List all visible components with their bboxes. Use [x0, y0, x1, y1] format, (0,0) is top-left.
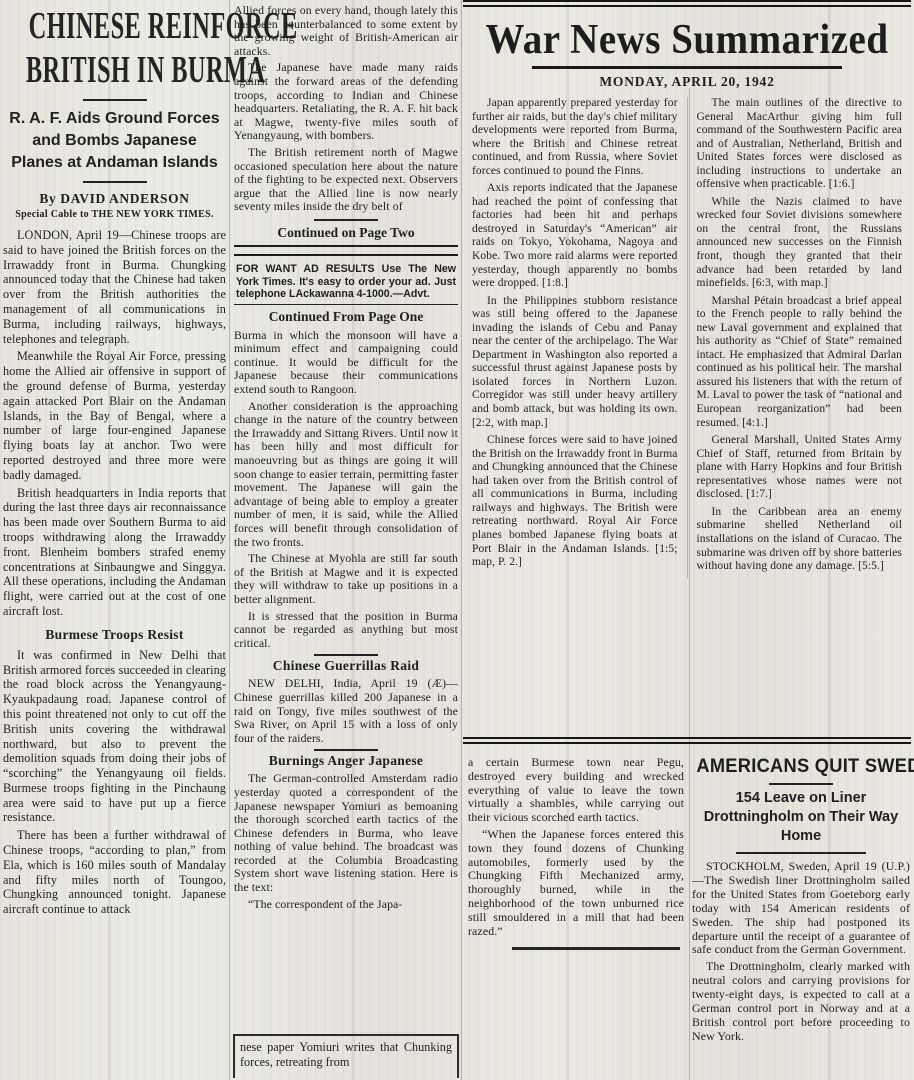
continuation-fragment-box: nese paper Yomiuri writes that Chunking …: [233, 1034, 459, 1078]
divider: [83, 99, 147, 101]
summary-paragraph: Marshal Pétain broadcast a brief appeal …: [697, 295, 903, 430]
credit-line: Special Cable to THE NEW YORK TIMES.: [3, 209, 226, 220]
summary-paragraph: While the Nazis claimed to have wrecked …: [697, 196, 903, 291]
column-rule: [229, 0, 230, 1080]
divider: [314, 749, 378, 751]
war-news-summarized-box: War News Summarized MONDAY, APRIL 20, 19…: [463, 0, 911, 744]
end-rule: [512, 947, 680, 950]
headline-line-2: BRITISH IN BURMA: [26, 41, 266, 99]
divider: [83, 181, 147, 183]
double-rule: [234, 245, 458, 256]
article-headline: CHINESE REINFORCE BRITISH IN BURMA: [3, 4, 226, 92]
divider: [769, 783, 833, 785]
summary-paragraph: Chinese forces were said to have joined …: [472, 434, 678, 569]
divider: [314, 219, 378, 221]
divider: [736, 852, 866, 854]
article-paragraph: The British retirement north of Magwe oc…: [234, 146, 458, 214]
summary-paragraph: In the Philippines stubborn resistance w…: [472, 295, 678, 430]
war-news-dateline: MONDAY, APRIL 20, 1942: [463, 74, 911, 90]
article-paragraph: “When the Japanese forces entered this t…: [468, 828, 684, 938]
sweden-headline: AMERICANS QUIT SWEDEN: [696, 756, 905, 778]
article-paragraph: Meanwhile the Royal Air Force, pressing …: [3, 349, 226, 482]
war-news-right-column: The main outlines of the directive to Ge…: [688, 97, 903, 578]
article-paragraph: Allied forces on every hand, though late…: [234, 4, 458, 58]
summary-paragraph: Axis reports indicated that the Japanese…: [472, 182, 678, 290]
article-paragraph: The Japanese have made many raids agains…: [234, 61, 458, 143]
column-rule: [461, 0, 462, 1080]
summary-paragraph: In the Caribbean area an enemy submarine…: [697, 506, 903, 574]
article-paragraph: Another consideration is the approaching…: [234, 400, 458, 550]
sweden-body: STOCKHOLM, Sweden, April 19 (U.P.)—The S…: [692, 860, 910, 1044]
article-paragraph: The German-controlled Amsterdam radio ye…: [234, 772, 458, 894]
article-paragraph: LONDON, April 19—Chinese troops are said…: [3, 228, 226, 346]
sweden-deck: 154 Leave on Liner Drottningholm on Thei…: [694, 789, 908, 846]
war-news-title: War News Summarized: [463, 15, 911, 65]
summary-paragraph: Japan apparently prepared yesterday for …: [472, 97, 678, 178]
article-continuation-column: Allied forces on every hand, though late…: [234, 4, 458, 1030]
article-paragraph: It is stressed that the position in Burm…: [234, 610, 458, 651]
crosshead-guerrillas: Chinese Guerrillas Raid: [234, 658, 458, 674]
article-paragraph: “The correspondent of the Japa-: [234, 898, 458, 912]
article-paragraph: a certain Burmese town near Pegu, destro…: [468, 756, 684, 825]
newspaper-page: CHINESE REINFORCE BRITISH IN BURMA R. A.…: [0, 0, 914, 1080]
divider: [314, 654, 378, 656]
article-paragraph: Burma in which the monsoon will have a m…: [234, 329, 458, 397]
continued-on-notice: Continued on Page Two: [234, 225, 458, 241]
article-paragraph: nese paper Yomiuri writes that Chunking …: [240, 1040, 452, 1070]
crosshead-burnings: Burnings Anger Japanese: [234, 753, 458, 769]
article-paragraph: There has been a further withdrawal of C…: [3, 828, 226, 917]
summary-paragraph: General Marshall, United States Army Chi…: [697, 434, 903, 502]
war-news-columns: Japan apparently prepared yesterday for …: [463, 97, 911, 578]
article-americans-quit-sweden: AMERICANS QUIT SWEDEN 154 Leave on Liner…: [692, 756, 910, 1047]
summary-paragraph: The main outlines of the directive to Ge…: [697, 97, 903, 192]
article-paragraph: The Drottningholm, clearly marked with n…: [692, 960, 910, 1043]
article-paragraph: It was confirmed in New Delhi that Briti…: [3, 648, 226, 826]
article-paragraph: British headquarters in India reports th…: [3, 486, 226, 619]
article-paragraph: STOCKHOLM, Sweden, April 19 (U.P.)—The S…: [692, 860, 910, 957]
continued-from-notice: Continued From Page One: [234, 309, 458, 325]
crosshead-burmese-troops: Burmese Troops Resist: [3, 627, 226, 643]
article-chinese-reinforce: CHINESE REINFORCE BRITISH IN BURMA R. A.…: [3, 2, 226, 920]
war-news-left-column: Japan apparently prepared yesterday for …: [472, 97, 688, 578]
want-ad-notice: FOR WANT AD RESULTS Use The New York Tim…: [234, 260, 458, 305]
article-paragraph: The Chinese at Myohla are still far sout…: [234, 552, 458, 606]
pegu-fragment-column: a certain Burmese town near Pegu, destro…: [468, 756, 684, 950]
article-paragraph: NEW DELHI, India, April 19 (Æ)—Chinese g…: [234, 677, 458, 745]
title-underline-rule: [532, 66, 842, 69]
article-body: LONDON, April 19—Chinese troops are said…: [3, 228, 226, 917]
article-deck: R. A. F. Aids Ground Forces and Bombs Ja…: [7, 108, 222, 174]
byline: By DAVID ANDERSON: [3, 191, 226, 207]
